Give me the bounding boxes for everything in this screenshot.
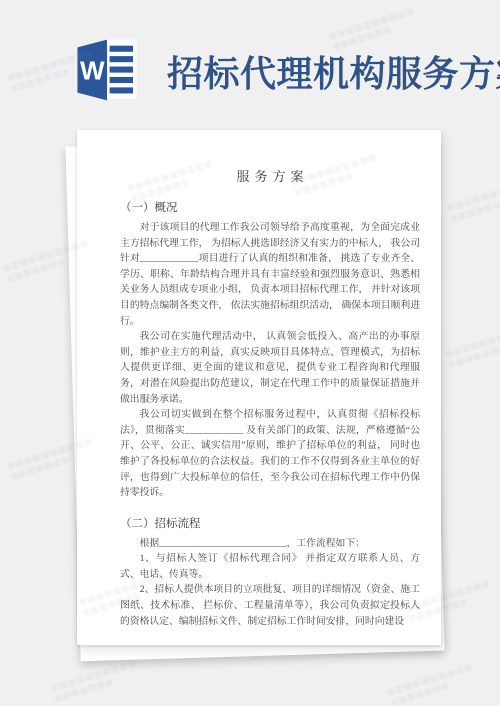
watermark [447, 180, 500, 227]
paragraph-overview-3: 我公司切实做到在整个招标服务过程中，认真贯彻《招标投标法》，贯彻落实______… [120, 407, 420, 501]
watermark [387, 664, 478, 706]
watermark [51, 660, 142, 706]
watermark [445, 326, 500, 373]
document-body: 服务方案 （一）概况 对于该项目的代理工作我公司领导给予高度重视，为全面完成业主… [77, 130, 441, 629]
paragraph-overview-1: 对于该项目的代理工作我公司领导给予高度重视，为全面完成业主方招标代理工作， 为招… [120, 220, 420, 329]
section-1-heading: （一）概况 [120, 199, 420, 215]
header: W 招标代理机构服务方案 [0, 0, 500, 118]
preview-image: W 招标代理机构服务方案 服务方案 （一）概况 对于该项目的代理工作我公司领导给… [0, 0, 500, 706]
flow-item-1: 1、与招标人签订《招标代理合同》 并指定双方联系人员、方式、电话、传真等。 [120, 551, 420, 582]
word-logo-icon: W [74, 34, 140, 106]
word-icon-letter: W [80, 56, 105, 86]
page-title: 招标代理机构服务方案 [167, 46, 500, 97]
section-2-heading: （二）招标流程 [120, 515, 420, 531]
paper-sheet-main: 服务方案 （一）概况 对于该项目的代理工作我公司领导给予高度重视，为全面完成业主… [77, 130, 441, 645]
paragraph-overview-2: 我公司在实施代理活动中， 认真领会低投入、高产出的办事原则，维护业主方的利益，真… [120, 329, 420, 407]
flow-item-2: 2、招标人提供本项目的立项批复、项目的详细情况（资金、施工图纸、技术标准、 拦标… [120, 582, 420, 629]
document-title: 服务方案 [125, 166, 420, 185]
flow-intro: 根据__________________________，工作流程如下： [120, 536, 420, 552]
